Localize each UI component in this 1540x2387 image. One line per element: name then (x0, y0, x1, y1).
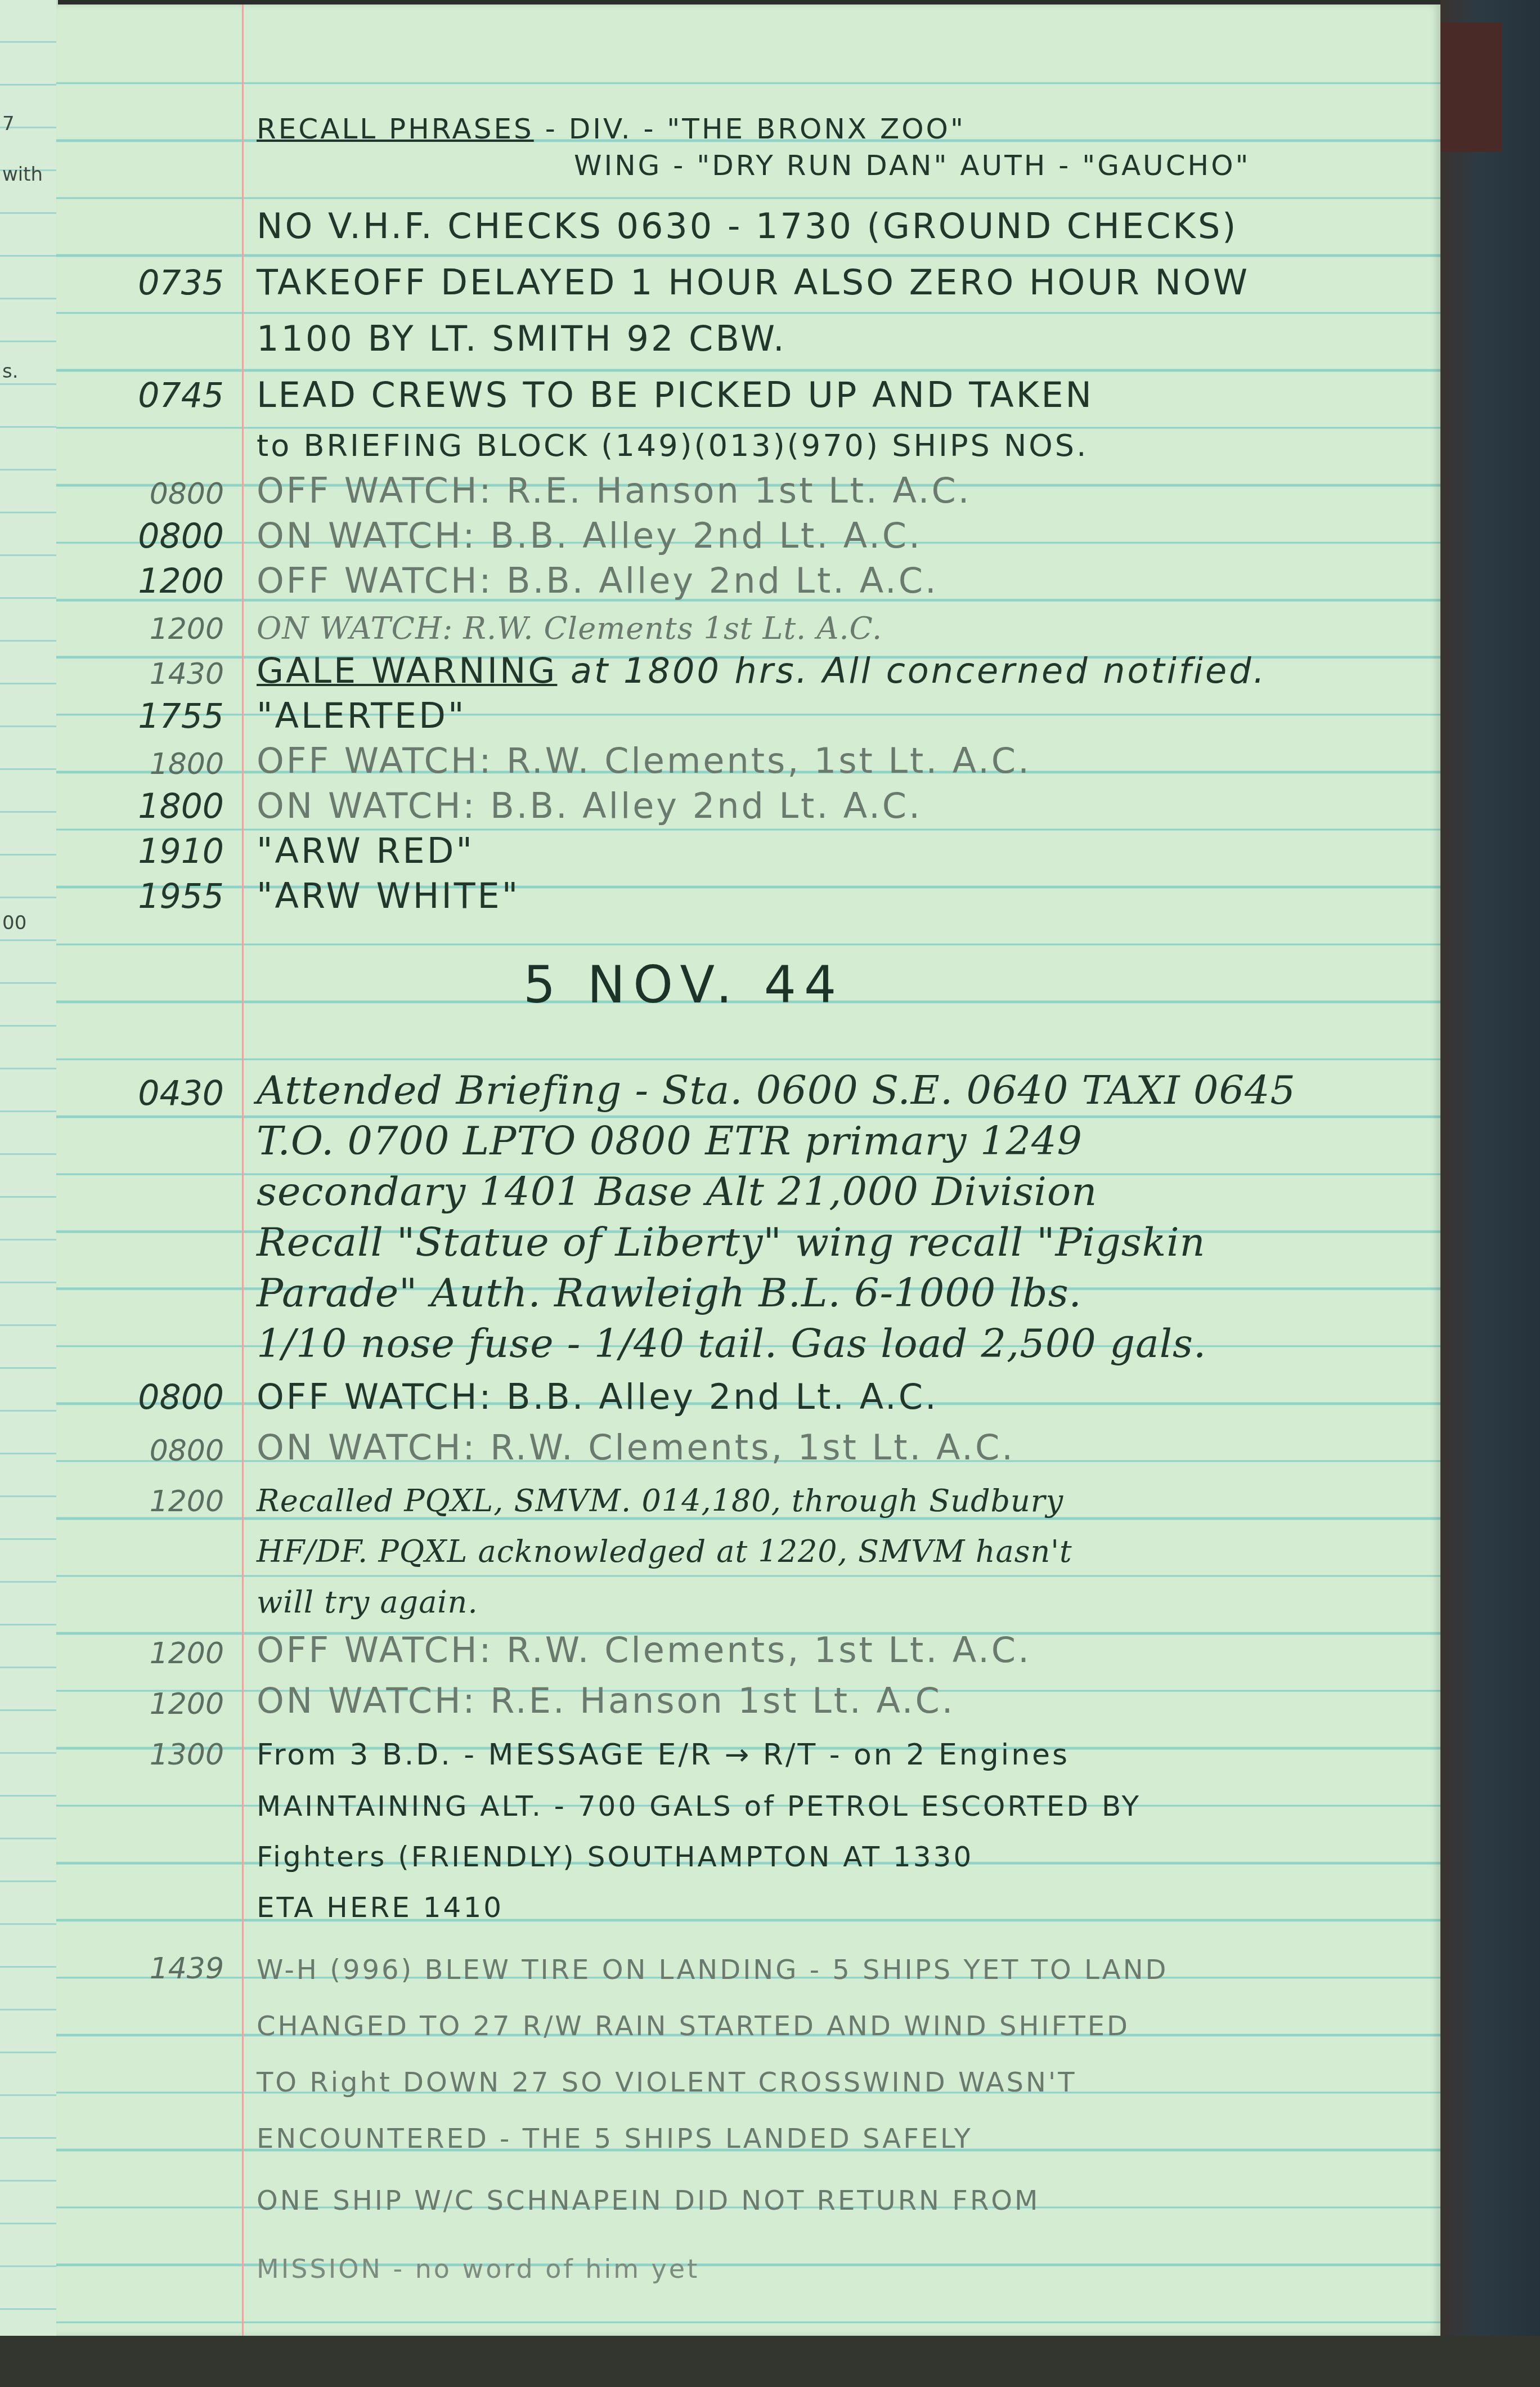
log-line: secondary 1401 Base Alt 21,000 Division (56, 1158, 1440, 1215)
log-text: W-H (996) BLEW TIRE ON LANDING - 5 SHIPS… (236, 1954, 1169, 1986)
log-line: CHANGED TO 27 R/W RAIN STARTED AND WIND … (56, 1986, 1440, 2042)
log-line: MISSION - no word of him yet (56, 2228, 1440, 2284)
prev-page-fragment: 00 (2, 912, 26, 934)
log-line: ETA HERE 1410 (56, 1867, 1440, 1924)
log-line: ONE SHIP W/C SCHNAPEIN DID NOT RETURN FR… (56, 2160, 1440, 2216)
log-text: MISSION - no word of him yet (236, 2254, 699, 2284)
log-text: TO Right DOWN 27 SO VIOLENT CROSSWIND WA… (236, 2067, 1076, 2098)
logbook-page: RECALL PHRASES - DIV. - "THE BRONX ZOO" … (56, 5, 1440, 2336)
log-line: 1200 OFF WATCH: R.W. Clements, 1st Lt. A… (56, 1614, 1440, 1671)
log-text: 1100 BY LT. SMITH 92 CBW. (236, 318, 787, 359)
log-text: CHANGED TO 27 R/W RAIN STARTED AND WIND … (236, 2010, 1130, 2042)
log-line: 1200 Recalled PQXL, SMVM. 014,180, throu… (56, 1462, 1440, 1519)
book-cover-edge (1440, 0, 1540, 2387)
log-time: 1439 (56, 1952, 236, 1986)
log-line: 0430 Attended Briefing - Sta. 0600 S.E. … (56, 1057, 1440, 1113)
log-line: TO Right DOWN 27 SO VIOLENT CROSSWIND WA… (56, 2042, 1440, 2098)
log-line: 0800 OFF WATCH: B.B. Alley 2nd Lt. A.C. (56, 1361, 1440, 1417)
log-text: ETA HERE 1410 (236, 1891, 504, 1924)
log-line: Fighters (FRIENDLY) SOUTHAMPTON AT 1330 (56, 1817, 1440, 1873)
log-text: Parade" Auth. Rawleigh B.L. 6-1000 lbs. (236, 1270, 1082, 1316)
log-line: NO V.H.F. CHECKS 0630 - 1730 (GROUND CHE… (56, 190, 1440, 247)
log-line: 1300 From 3 B.D. - MESSAGE E/R → R/T - o… (56, 1716, 1440, 1772)
recall-wing: WING - "DRY RUN DAN" AUTH - "GAUCHO" (236, 149, 1251, 182)
prev-page-fragment: with (2, 163, 43, 186)
log-time: 0735 (56, 263, 236, 303)
log-line: ENCOUNTERED - THE 5 SHIPS LANDED SAFELY (56, 2098, 1440, 2155)
log-text: Recall "Statue of Liberty" wing recall "… (236, 1219, 1206, 1265)
worn-cover-corner (1440, 23, 1502, 152)
log-line: will try again. (56, 1564, 1440, 1620)
log-line: 1955 "ARW WHITE" (56, 860, 1440, 916)
log-line: Recall "Statue of Liberty" wing recall "… (56, 1209, 1440, 1265)
log-line: 1/10 nose fuse - 1/40 tail. Gas load 2,5… (56, 1310, 1440, 1367)
log-line: 1439 W-H (996) BLEW TIRE ON LANDING - 5 … (56, 1929, 1440, 1986)
log-line: 1100 BY LT. SMITH 92 CBW. (56, 303, 1440, 359)
log-line: 1200 ON WATCH: R.E. Hanson 1st Lt. A.C. (56, 1665, 1440, 1721)
log-text: 1/10 nose fuse - 1/40 tail. Gas load 2,5… (236, 1320, 1206, 1367)
log-line: 0735 TAKEOFF DELAYED 1 HOUR ALSO ZERO HO… (56, 247, 1440, 303)
log-line: WING - "DRY RUN DAN" AUTH - "GAUCHO" (56, 126, 1440, 182)
log-text: ONE SHIP W/C SCHNAPEIN DID NOT RETURN FR… (236, 2185, 1040, 2216)
log-text: Attended Briefing - Sta. 0600 S.E. 0640 … (236, 1067, 1296, 1113)
prev-page-fragment: s. (2, 360, 19, 383)
log-text: ENCOUNTERED - THE 5 SHIPS LANDED SAFELY (236, 2123, 973, 2155)
log-line: HF/DF. PQXL acknowledged at 1220, SMVM h… (56, 1513, 1440, 1569)
log-text: secondary 1401 Base Alt 21,000 Division (236, 1168, 1097, 1215)
prev-page-fragment: 7 (2, 113, 15, 135)
log-line: T.O. 0700 LPTO 0800 ETR primary 1249 (56, 1108, 1440, 1164)
log-line: 0800 ON WATCH: R.W. Clements, 1st Lt. A.… (56, 1412, 1440, 1468)
log-text: TAKEOFF DELAYED 1 HOUR ALSO ZERO HOUR NO… (236, 262, 1250, 303)
date-heading: 5 NOV. 44 (523, 956, 844, 1015)
log-text: NO V.H.F. CHECKS 0630 - 1730 (GROUND CHE… (236, 205, 1238, 247)
previous-page-edge: 7 with s. 00 (0, 0, 58, 2336)
log-line: Parade" Auth. Rawleigh B.L. 6-1000 lbs. (56, 1260, 1440, 1316)
log-time: 1955 (56, 877, 236, 916)
log-text: "ARW WHITE" (236, 875, 520, 916)
log-line: MAINTAINING ALT. - 700 GALS of PETROL ES… (56, 1766, 1440, 1822)
log-text: T.O. 0700 LPTO 0800 ETR primary 1249 (236, 1118, 1083, 1164)
table-surface (0, 2336, 1540, 2387)
